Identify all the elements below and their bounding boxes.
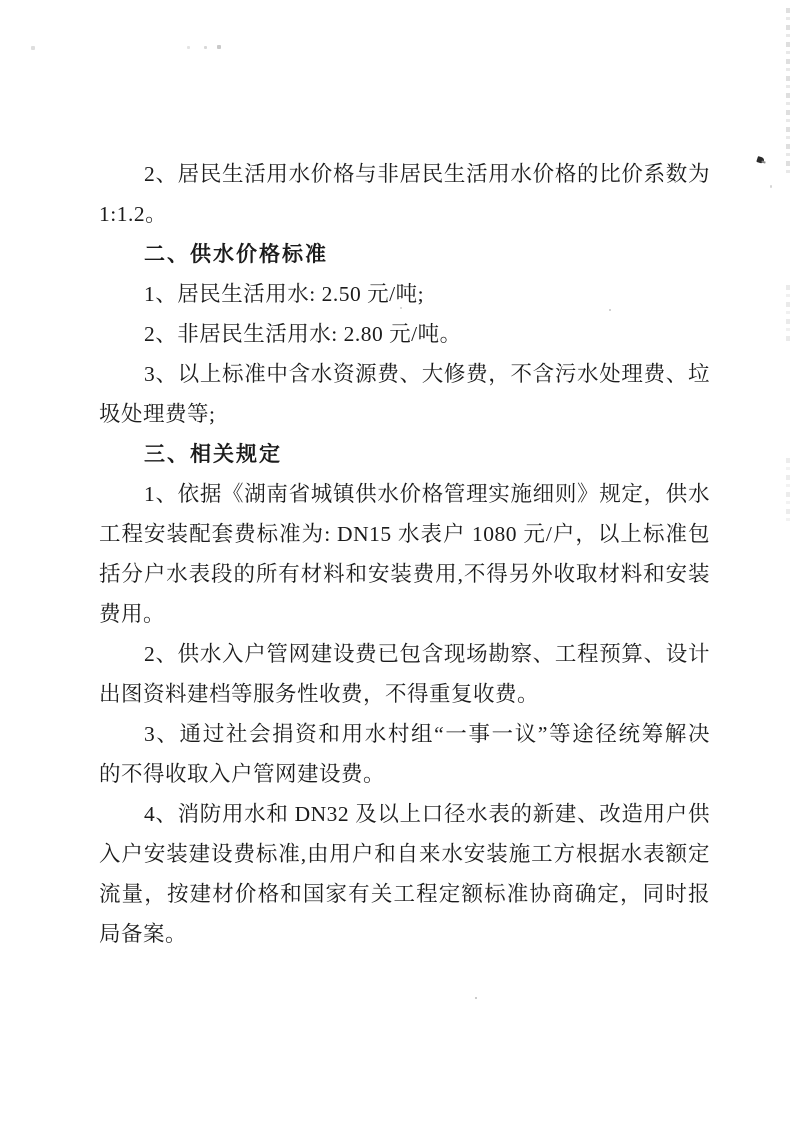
doc-line: 4、消防用水和 DN32 及以上口径水表的新建、改造用户供水 [99, 794, 710, 834]
scan-artifact [31, 46, 35, 50]
doc-line: 工程安装配套费标准为: DN15 水表户 1080 元/户，以上标准包 [99, 514, 710, 554]
doc-line-nonresidential-price: 2、非居民生活用水: 2.80 元/吨。 [99, 314, 710, 354]
ink-blot-artifact [756, 156, 765, 164]
doc-line: 3、通过社会捐资和用水村组“一事一议”等途径统筹解决 [99, 714, 710, 754]
doc-line: 2、供水入户管网建设费已包含现场勘察、工程预算、设计 [99, 634, 710, 674]
section-heading-related-regulations: 三、相关规定 [99, 434, 710, 474]
scan-artifact [475, 997, 477, 999]
doc-line: 3、以上标准中含水资源费、大修费，不含污水处理费、垃 [99, 354, 710, 394]
scan-artifact [217, 45, 221, 49]
doc-line: 局备案。 [99, 914, 710, 954]
document-text-block: 2、居民生活用水价格与非居民生活用水价格的比价系数为 1:1.2。 二、供水价格… [99, 154, 710, 954]
scan-artifact [770, 185, 772, 188]
doc-line: 费用。 [99, 594, 710, 634]
scan-edge-noise [786, 8, 790, 178]
section-heading-water-price-standard: 二、供水价格标准 [99, 234, 710, 274]
scan-artifact [204, 46, 207, 49]
doc-line: 出图资料建档等服务性收费，不得重复收费。 [99, 674, 710, 714]
doc-line: 括分户水表段的所有材料和安装费用,不得另外收取材料和安装 [99, 554, 710, 594]
scan-artifact [187, 46, 190, 49]
doc-line: 流量，按建材价格和国家有关工程定额标准协商确定，同时报我 [99, 874, 710, 914]
doc-line: 圾处理费等; [99, 394, 710, 434]
scan-edge-noise [786, 458, 790, 523]
doc-line: 2、居民生活用水价格与非居民生活用水价格的比价系数为 [99, 154, 710, 194]
scan-edge-noise [786, 285, 790, 345]
scanned-document-page: 2、居民生活用水价格与非居民生活用水价格的比价系数为 1:1.2。 二、供水价格… [0, 0, 794, 1122]
doc-line: 1、依据《湖南省城镇供水价格管理实施细则》规定，供水 [99, 474, 710, 514]
doc-line: 入户安装建设费标准,由用户和自来水安装施工方根据水表额定 [99, 834, 710, 874]
doc-line: 1:1.2。 [99, 194, 710, 234]
doc-line-residential-price: 1、居民生活用水: 2.50 元/吨; [99, 274, 710, 314]
doc-line: 的不得收取入户管网建设费。 [99, 754, 710, 794]
